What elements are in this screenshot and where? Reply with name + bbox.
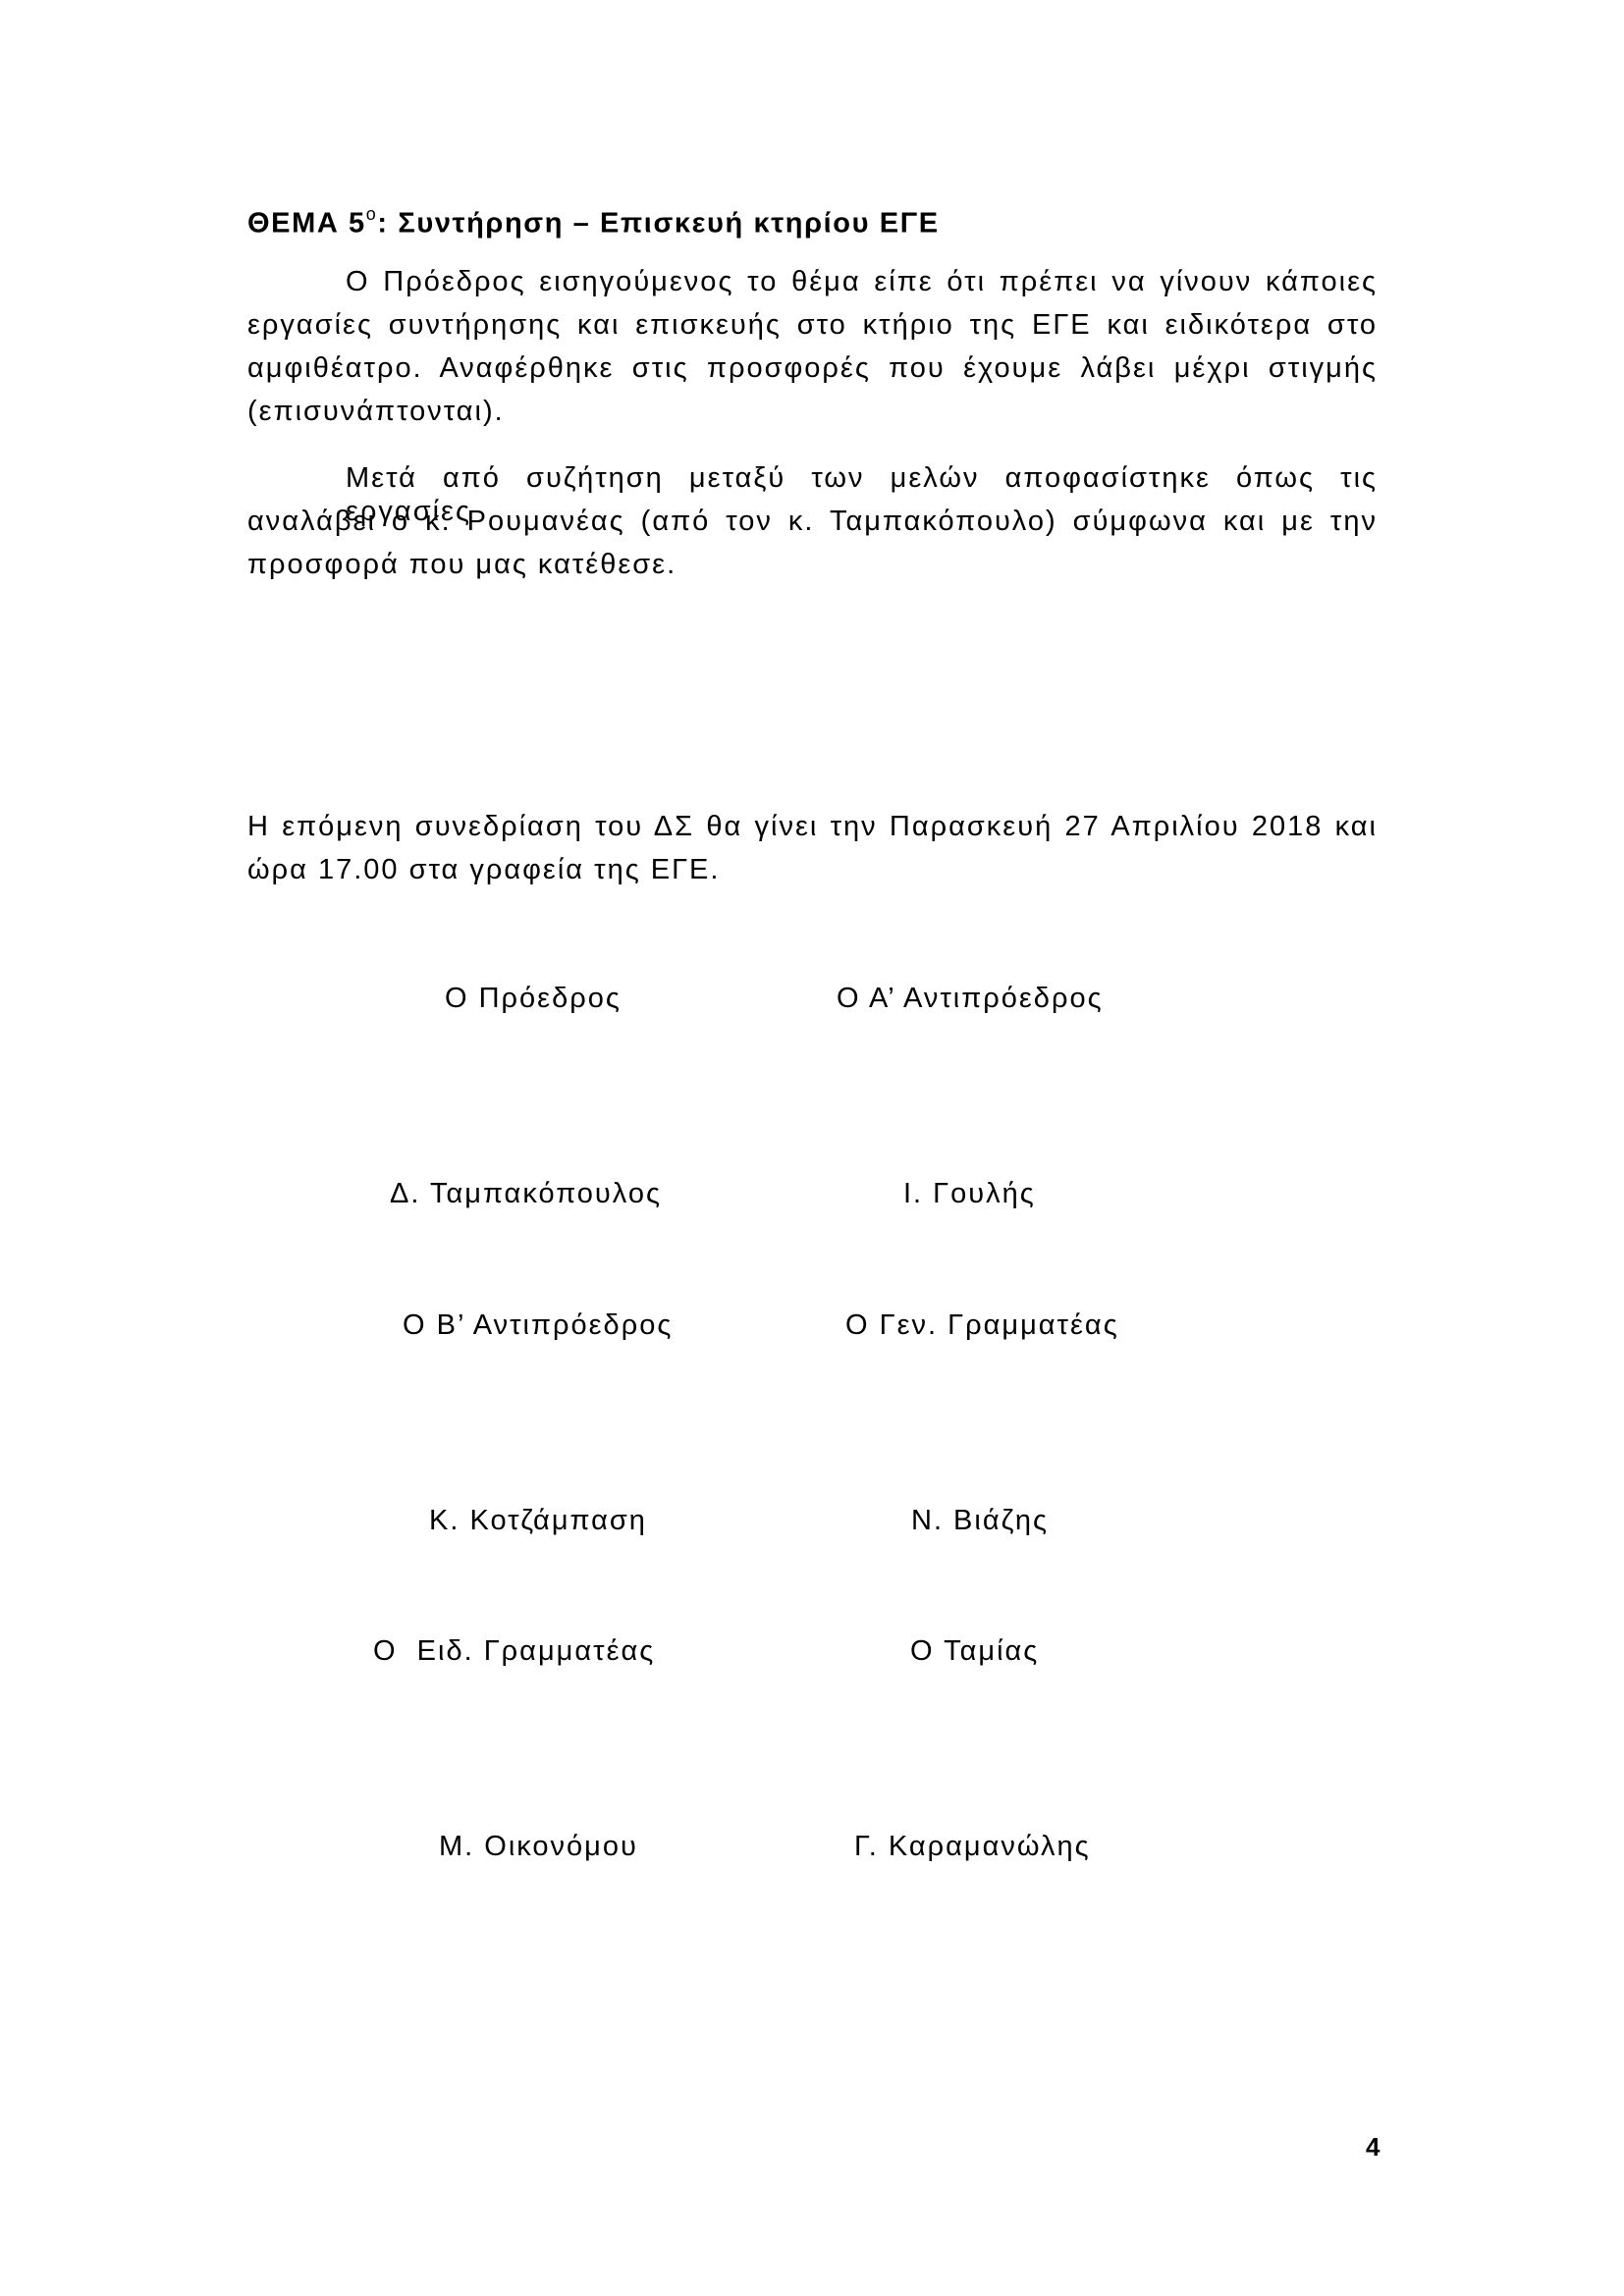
signature-name-general-secretary: Ν. Βιάζης <box>911 1504 1049 1537</box>
signature-role-president: Ο Πρόεδρος <box>445 982 622 1015</box>
signature-role-treasurer: Ο Ταμίας <box>910 1634 1039 1668</box>
next-meeting-line-1: Η επόμενη συνεδρίαση του ΔΣ θα γίνει την… <box>247 810 1378 843</box>
section-heading: ΘΕΜΑ 5ο: Συντήρηση – Επισκευή κτηρίου ΕΓ… <box>247 199 1378 240</box>
paragraph-1-line-1: Ο Πρόεδρος εισηγούμενος το θέμα είπε ότι… <box>346 265 1378 298</box>
signature-role-special-secretary: Ο Ειδ. Γραμματέας <box>373 1634 655 1668</box>
heading-superscript: ο <box>366 204 378 224</box>
heading-label: ΘΕΜΑ 5 <box>247 208 366 240</box>
paragraph-1-line-2: εργασίες συντήρησης και επισκευής στο κτ… <box>247 308 1378 342</box>
signature-role-vice-president-a: Ο Α’ Αντιπρόεδρος <box>837 982 1104 1015</box>
heading-title: : Συντήρηση – Επισκευή κτηρίου ΕΓΕ <box>377 208 939 240</box>
document-page: ΘΕΜΑ 5ο: Συντήρηση – Επισκευή κτηρίου ΕΓ… <box>0 0 1624 2296</box>
paragraph-2-line-2: αναλάβει ο κ. Ρουμανέας (από τον κ. Ταμπ… <box>247 505 1378 538</box>
signature-role-vice-president-b: Ο Β’ Αντιπρόεδρος <box>403 1308 673 1342</box>
signature-name-vice-president-b: Κ. Κοτζάμπαση <box>429 1504 647 1537</box>
signature-role-general-secretary: Ο Γεν. Γραμματέας <box>845 1308 1119 1342</box>
next-meeting-line-2: ώρα 17.00 στα γραφεία της ΕΓΕ. <box>247 853 1378 886</box>
paragraph-1-line-4: (επισυνάπτονται). <box>247 395 1378 428</box>
signature-name-special-secretary: Μ. Οικονόμου <box>439 1830 638 1863</box>
paragraph-1-line-3: αμφιθέατρο. Αναφέρθηκε στις προσφορές πο… <box>247 351 1378 385</box>
page-number: 4 <box>1366 2132 1380 2162</box>
paragraph-2-line-3: προσφορά που μας κατέθεσε. <box>247 548 1378 581</box>
signature-name-vice-president-a: Ι. Γουλής <box>903 1177 1036 1210</box>
signature-name-treasurer: Γ. Καραμανώλης <box>854 1830 1091 1863</box>
signature-name-president: Δ. Ταμπακόπουλος <box>390 1177 662 1210</box>
